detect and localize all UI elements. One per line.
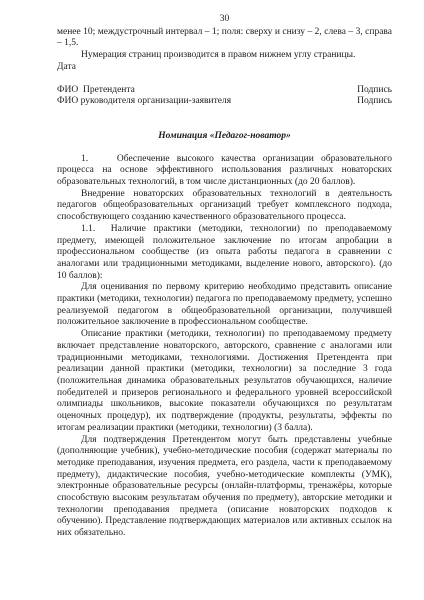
paragraph-criterion-1: 1. Обеспечение высокого качества организ…	[57, 154, 392, 189]
organization-head-signature-label: Подпись	[357, 96, 392, 108]
paragraph-format-requirements: менее 10; междустрочный интервал – 1; по…	[57, 27, 392, 50]
paragraph-evaluation-requirements: Для оценивания по первому критерию необх…	[57, 282, 392, 329]
section-heading-nomination: Номинация «Педагог-новатор»	[57, 131, 392, 143]
paragraph-introduction-technologies: Внедрение новаторских образовательных те…	[57, 189, 392, 224]
applicant-signature-label: Подпись	[357, 85, 392, 97]
signature-row-applicant: ФИО Претендента Подпись	[57, 85, 392, 97]
signature-block: ФИО Претендента Подпись ФИО руководителя…	[57, 85, 392, 108]
paragraph-page-numbering-note: Нумерация страниц производится в правом …	[57, 50, 392, 62]
applicant-name-label: ФИО Претендента	[57, 85, 135, 97]
document-page: 30 менее 10; междустрочный интервал – 1;…	[0, 0, 424, 600]
paragraph-confirmation-materials: Для подтверждения Претендентом могут быт…	[57, 435, 392, 540]
organization-head-name-label: ФИО руководителя организации-заявителя	[57, 96, 231, 108]
date-label: Дата	[57, 62, 392, 74]
signature-row-organization-head: ФИО руководителя организации-заявителя П…	[57, 96, 392, 108]
paragraph-criterion-1-1: 1.1. Наличие практики (методики, техноло…	[57, 224, 392, 283]
page-number: 30	[57, 14, 392, 26]
paragraph-practice-description: Описание практики (методики, технологии)…	[57, 329, 392, 434]
